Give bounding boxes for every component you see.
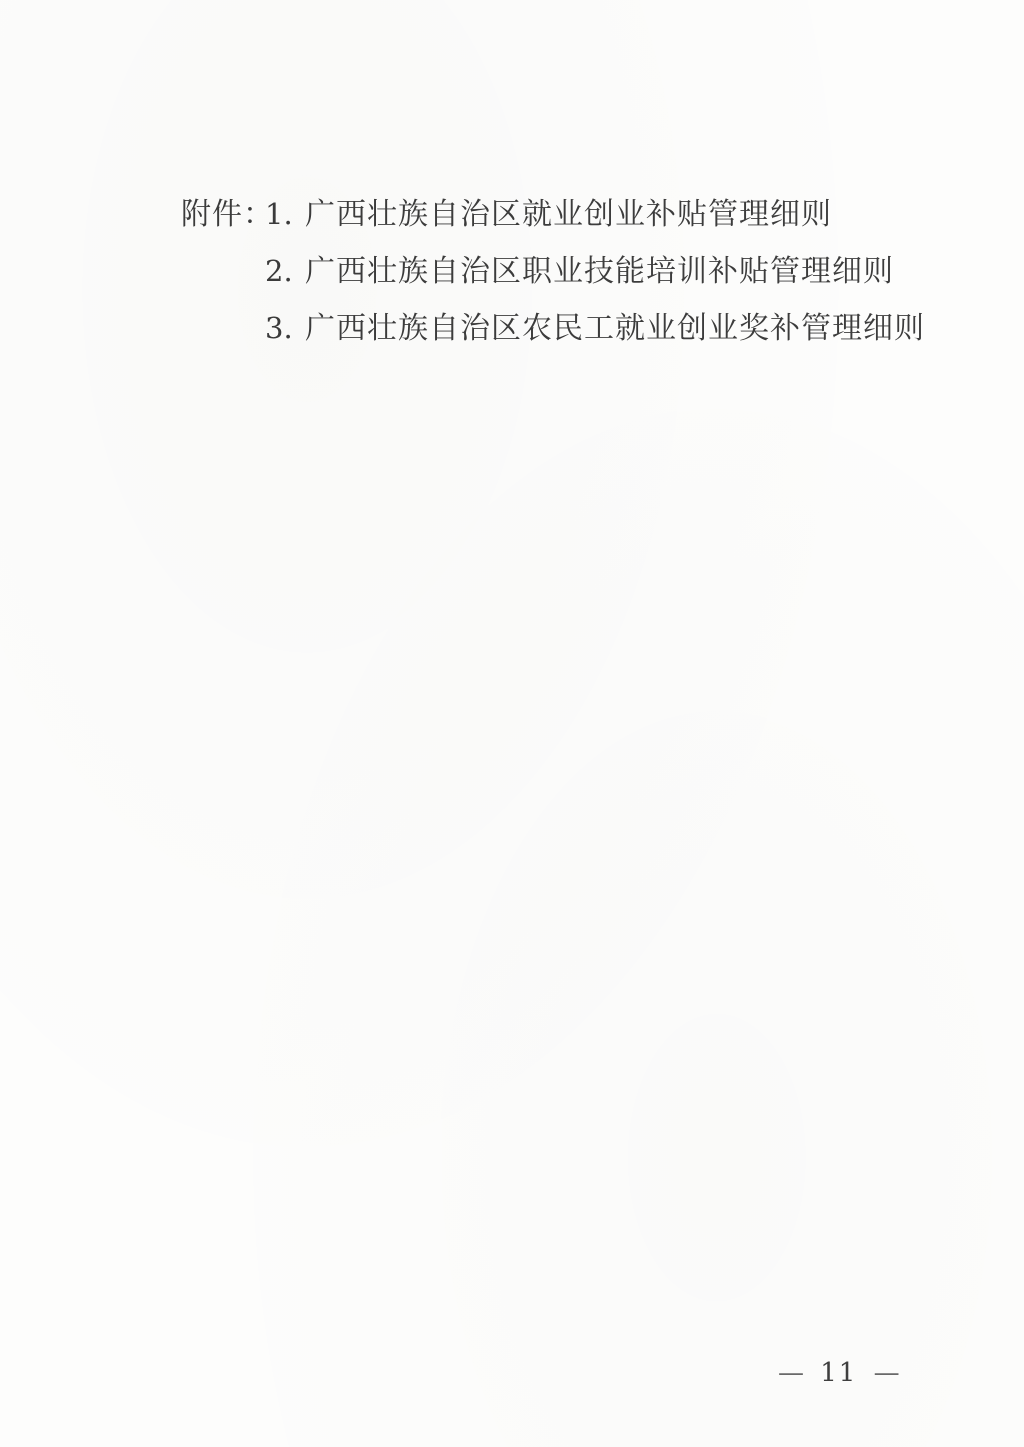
item-title: 广西壮族自治区农民工就业创业奖补管理细则	[305, 300, 925, 357]
list-item: 2. 广西壮族自治区职业技能培训补贴管理细则	[265, 243, 925, 300]
page-number: — 11 —	[770, 1358, 890, 1388]
attachment-label: 附件：	[181, 186, 274, 243]
document-page: 附件： 1. 广西壮族自治区就业创业补贴管理细则 2. 广西壮族自治区职业技能培…	[0, 0, 1024, 1447]
attachment-list: 1. 广西壮族自治区就业创业补贴管理细则 2. 广西壮族自治区职业技能培训补贴管…	[265, 186, 925, 357]
item-title: 广西壮族自治区就业创业补贴管理细则	[305, 186, 832, 243]
list-item: 1. 广西壮族自治区就业创业补贴管理细则	[265, 186, 925, 243]
page-number-left-dash: —	[770, 1358, 812, 1388]
list-item: 3. 广西壮族自治区农民工就业创业奖补管理细则	[265, 300, 925, 357]
item-number: 1.	[265, 186, 305, 243]
item-number: 2.	[265, 243, 305, 300]
page-number-value: 11	[820, 1358, 857, 1388]
item-title: 广西壮族自治区职业技能培训补贴管理细则	[305, 243, 894, 300]
item-number: 3.	[265, 300, 305, 357]
page-number-right-dash: —	[866, 1358, 908, 1388]
